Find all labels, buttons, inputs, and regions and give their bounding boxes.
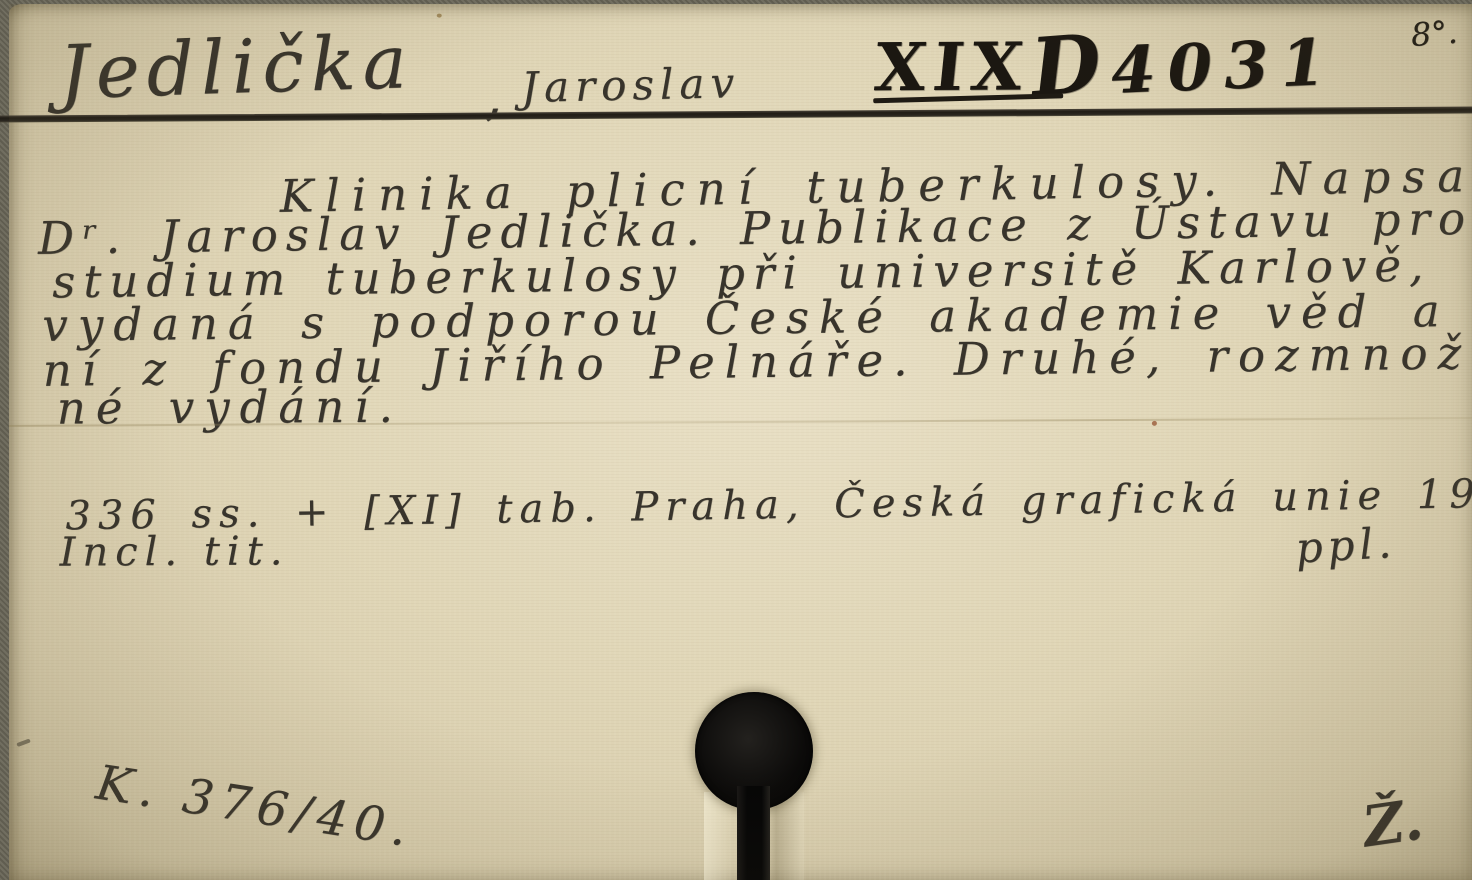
collation-note: Incl. tit.: [59, 528, 289, 575]
punch-hole-slot: [737, 786, 770, 880]
format-mark: 8°.: [1410, 13, 1459, 54]
title-line-6: né vydání.: [57, 380, 403, 435]
catalog-card-scan: Jedlička , Jaroslav XIXD4031 8°. Klinika…: [0, 0, 1472, 880]
accession-number: K. 376/40.: [93, 755, 418, 859]
author-surname: Jedlička: [58, 19, 415, 116]
paper-speck: [1152, 421, 1157, 426]
paper-speck: [437, 14, 442, 18]
catalog-card: Jedlička , Jaroslav XIXD4031 8°. Klinika…: [9, 4, 1472, 880]
call-number: XIXD4031: [875, 13, 1337, 109]
call-number-digits: 4031: [1109, 25, 1338, 109]
cataloguer-initials: Ž.: [1359, 787, 1427, 861]
binding-note: ppl.: [1294, 518, 1397, 573]
call-number-letter: D: [1028, 16, 1104, 115]
author-forename: Jaroslav: [521, 58, 741, 112]
paper-speck: [16, 738, 31, 747]
